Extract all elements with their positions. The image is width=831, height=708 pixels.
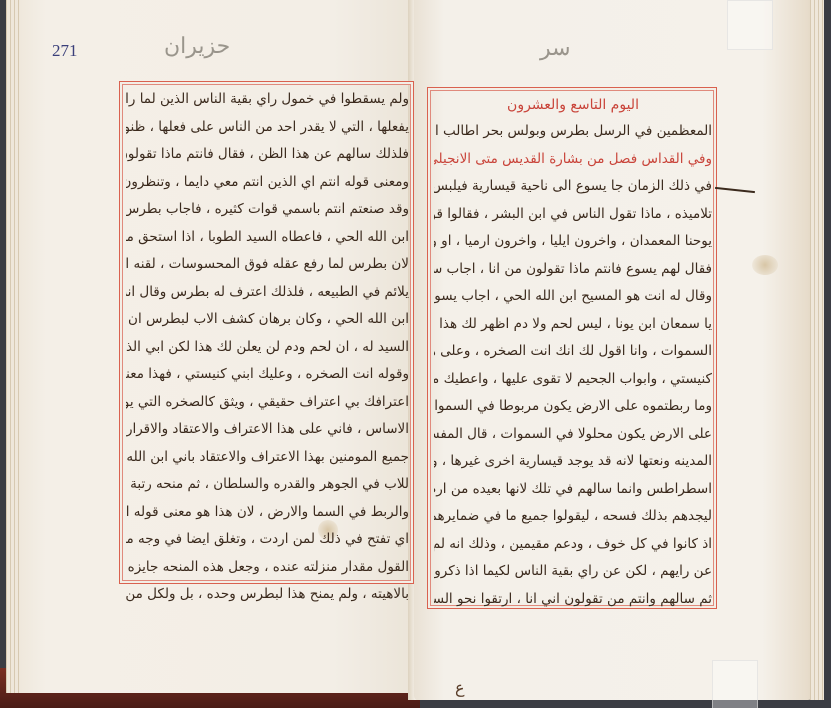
- text-line: والربط في السما والارض ، لان هذا هو معنى…: [126, 499, 409, 527]
- text-line: ومعنى قوله انتم اي الذين انتم معي دايما …: [126, 169, 409, 197]
- text-line: فقال لهم يسوع فانتم ماذا تقولون من انا ،…: [434, 256, 712, 284]
- text-line: يفعلها ، التي لا يقدر احد من الناس على ف…: [126, 114, 409, 142]
- text-line: يوحنا المعمدان ، واخرون ايليا ، واخرون ا…: [434, 228, 712, 256]
- text-line: ليجدهم بذلك فسحه ، ليقولوا جميع ما في ضم…: [434, 503, 712, 531]
- text-line: السموات ، وانا اقول لك انك انت الصخره ، …: [434, 338, 712, 366]
- text-line: السيد له ، ان لحم ودم لن يعلن لك هذا لكن…: [126, 334, 409, 362]
- section-heading: اليوم التاسع والعشرون: [434, 92, 712, 118]
- text-line: وما ربطتموه على الارض يكون مربوطا في الس…: [434, 393, 712, 421]
- text-line: ابن الله الحي ، فاعطاه السيد الطوبا ، اذ…: [126, 224, 409, 252]
- text-line: ثم سالهم وانتم من تقولون اني انا ، ارتقو…: [434, 586, 712, 614]
- right-text-frame: اليوم التاسع والعشرون المعظمين في الرسل …: [427, 87, 717, 609]
- text-line: اسطراطس وانما سالهم في تلك لانها بعيده م…: [434, 476, 712, 504]
- text-line: المدينه ونعتها لانه قد يوجد قيسارية اخرى…: [434, 448, 712, 476]
- text-line: ولم يسقطوا في خمول راي بقية الناس الذين …: [126, 86, 409, 114]
- text-line: وقوله انت الصخره ، وعليك ابني كنيستي ، ف…: [126, 361, 409, 389]
- text-line: يلائم في الطبيعه ، فلذلك اعترف له بطرس و…: [126, 279, 409, 307]
- quire-mark: ع: [455, 678, 465, 697]
- text-line: في ذلك الزمان جا يسوع الى ناحية قيسارية …: [434, 173, 712, 201]
- text-line: تلاميذه ، ماذا تقول الناس في ابن البشر ،…: [434, 201, 712, 229]
- folio-number: 271: [52, 41, 78, 61]
- text-line: وقال له انت هو المسيح ابن الله الحي ، اج…: [434, 283, 712, 311]
- text-line: لان بطرس لما رفع عقله فوق المحسوسات ، لق…: [126, 251, 409, 279]
- text-line: اعترافك بي اعتراف حقيقي ، ويثق كالصخره ا…: [126, 389, 409, 417]
- text-line: عن رايهم ، لكن عن راي بقية الناس لكيما ا…: [434, 558, 712, 586]
- pencil-annotation-left: حزيران: [164, 34, 230, 59]
- text-line: كنيستي ، وابواب الجحيم لا تقوى عليها ، و…: [434, 366, 712, 394]
- text-line: للاب في الجوهر والقدره والسلطان ، ثم منح…: [126, 471, 409, 499]
- pencil-annotation-right: سر: [540, 36, 571, 61]
- page-edges: [810, 0, 824, 700]
- text-line: يا سمعان ابن يونا ، ليس لحم ولا دم اظهر …: [434, 311, 712, 339]
- text-line: فلذلك سالهم عن هذا الظن ، فقال فانتم ماذ…: [126, 141, 409, 169]
- right-text-block: اليوم التاسع والعشرون المعظمين في الرسل …: [434, 92, 712, 613]
- tape-tab-top: [727, 0, 773, 50]
- text-line: جميع المومنين بهذا الاعتراف والاعتقاد با…: [126, 444, 409, 472]
- rubric-line: وفي القداس فصل من بشارة القديس متى الانج…: [434, 146, 712, 174]
- page-edges: [6, 0, 20, 693]
- text-line: وقد صنعتم انتم باسمي قوات كثيره ، فاجاب …: [126, 196, 409, 224]
- left-text-block: ولم يسقطوا في خمول راي بقية الناس الذين …: [126, 86, 409, 609]
- text-line: المعظمين في الرسل بطرس وبولس بحر اطالب ا…: [434, 118, 712, 146]
- text-line: الاساس ، فاني على هذا الاعتراف والاعتقاد…: [126, 416, 409, 444]
- left-text-frame: ولم يسقطوا في خمول راي بقية الناس الذين …: [119, 81, 414, 584]
- text-line: اي تفتح في ذلك لمن اردت ، وتغلق ايضا في …: [126, 526, 409, 554]
- paper-stain: [752, 255, 778, 275]
- text-line: ابن الله الحي ، وكان برهان كشف الاب لبطر…: [126, 306, 409, 334]
- text-line: بالاهيته ، ولم يمنح هذا لبطرس وحده ، بل …: [126, 581, 409, 609]
- text-line: على الارض يكون محلولا في السموات ، قال ا…: [434, 421, 712, 449]
- text-line: القول مقدار منزلته عنده ، وجعل هذه المنح…: [126, 554, 409, 582]
- text-line: اذ كانوا في كل خوف ، ودعم مقيمين ، وذلك …: [434, 531, 712, 559]
- tape-tab-bottom: [712, 660, 758, 708]
